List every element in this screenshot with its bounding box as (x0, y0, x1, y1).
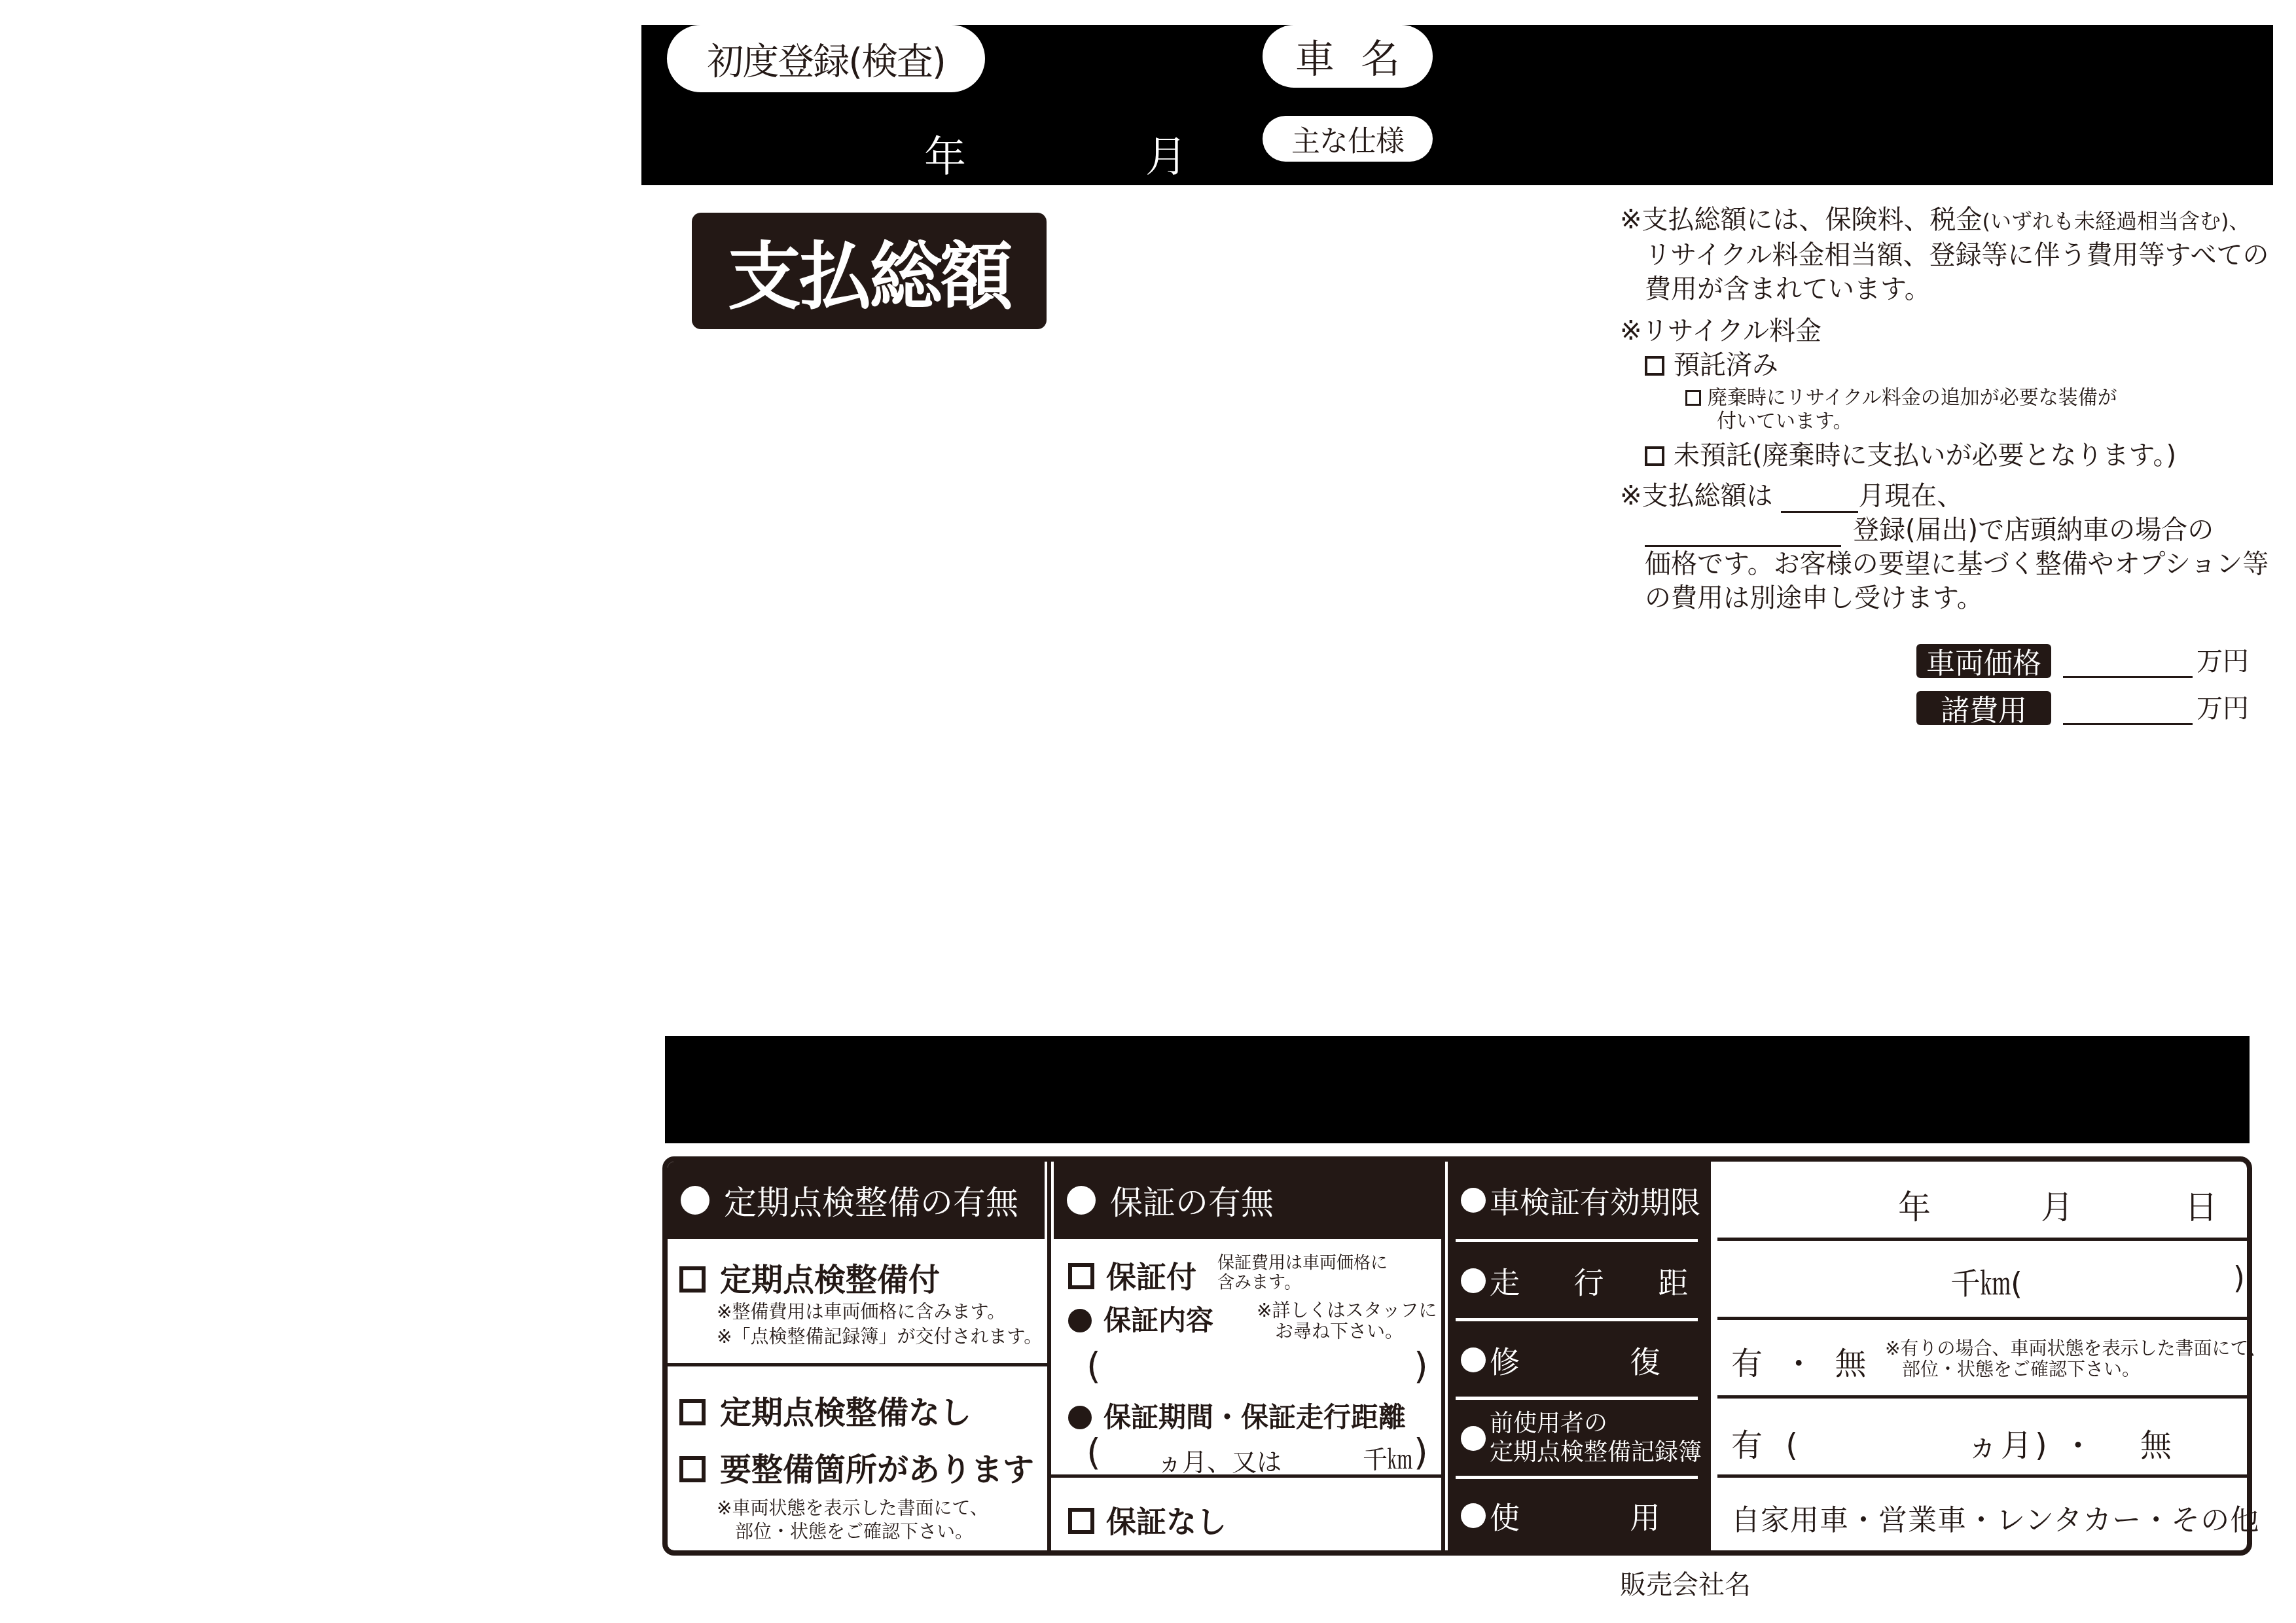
record-yes-label[interactable]: 有 ( (1731, 1420, 1804, 1465)
note-text: ※支払総額には、保険料、税金 (1620, 205, 1982, 235)
paren-open: ( (1086, 1431, 1101, 1474)
vehicle-header-bar: 初度登録(検査) 年 月 車名 主な仕様 (641, 25, 2273, 185)
row-divider (1717, 1238, 2250, 1241)
maintenance-with-checkbox[interactable] (679, 1266, 706, 1293)
column-divider (1441, 1162, 1445, 1550)
maintenance-with-note2: ※「点検整備記録簿」が交付されます。 (717, 1323, 1042, 1349)
warranty-km-label: 千㎞ (1363, 1439, 1412, 1475)
note-text: 費用が含まれています。 (1620, 272, 2261, 306)
note-text: 登録(届出)で店頭納車の場合の (1853, 515, 2214, 545)
maintenance-with-option[interactable]: 定期点検整備付 (679, 1255, 940, 1300)
note-text: 価格です。お客様の要望に基づく整備やオプション等 (1620, 547, 2261, 581)
label-text: 走 行 距 離 (1490, 1259, 1795, 1302)
row-divider (1051, 1474, 1443, 1478)
note-total-includes: ※支払総額には、保険料、税金(いずれも未経過相当含む)、 (1620, 203, 2261, 238)
maintenance-without-checkbox[interactable] (679, 1399, 706, 1425)
warranty-with-note: 保証費用は車両価格に 含みます。 (1217, 1253, 1388, 1293)
recycle-deposited-checkbox[interactable] (1645, 356, 1664, 376)
expiry-day-label: 日 (2185, 1181, 2217, 1228)
recycle-not-deposited-checkbox[interactable] (1645, 446, 1664, 466)
vehicle-price-field[interactable] (2063, 650, 2193, 678)
inspection-expiry-label: 車検証有効期限 (1461, 1162, 1703, 1239)
label-line: 前使用者の (1490, 1410, 1702, 1438)
repair-note1: ※有りの場合、車両状態を表示した書面にて、 (1885, 1338, 2267, 1359)
fees-field[interactable] (2063, 697, 2193, 725)
needs-maintenance-checkbox[interactable] (679, 1456, 706, 1482)
warranty-header-label: 保証の有無 (1110, 1177, 1274, 1224)
maintenance-header: 定期点検整備の有無 (668, 1162, 1045, 1239)
warranty-with-option[interactable]: 保証付 (1068, 1253, 1196, 1296)
label-text: 車検証有効期限 (1490, 1179, 1700, 1222)
price-breakdown: 車両価格 万円 諸費用 万円 (1916, 631, 2249, 725)
paren-close: ) (1414, 1345, 1428, 1387)
recycle-deposited-label: 預託済み (1674, 350, 1778, 380)
maintenance-without-label: 定期点検整備なし (720, 1395, 971, 1431)
note-text-small: (いずれも未経過相当含む)、 (1982, 209, 2250, 234)
as-of-month-blank[interactable] (1781, 488, 1858, 513)
needs-maintenance-label: 要整備箇所があります (720, 1452, 1034, 1488)
bullet-icon (1461, 1268, 1486, 1293)
first-registration-label: 初度登録(検査) (667, 25, 985, 92)
note-registration-line: 登録(届出)で店頭納車の場合の (1620, 513, 2261, 547)
notes-block: ※支払総額には、保険料、税金(いずれも未経過相当含む)、 リサイクル料金相当額、… (1620, 203, 2261, 615)
note-text: 月現在、 (1858, 481, 1963, 511)
vehicle-condition-table: 定期点検整備の有無 定期点検整備付 ※整備費用は車両価格に含みます。 ※「点検整… (662, 1156, 2252, 1556)
row-divider (668, 1363, 1047, 1366)
needs-maintenance-note2: 部位・状態をご確認下さい。 (735, 1518, 973, 1544)
bullet-icon (1067, 1186, 1096, 1215)
bullet-icon (1068, 1406, 1092, 1429)
warranty-content-note: ※詳しくはスタッフに お尋ね下さい。 (1257, 1300, 1437, 1342)
warranty-content-label: 保証内容 (1103, 1304, 1213, 1336)
warranty-content-title: 保証内容 (1068, 1299, 1213, 1338)
recycle-deposited-option[interactable]: 預託済み (1620, 348, 2261, 382)
repair-note2: 部位・状態をご確認下さい。 (1885, 1359, 2267, 1380)
needs-maintenance-option[interactable]: 要整備箇所があります (679, 1444, 1034, 1489)
warranty-with-label: 保証付 (1106, 1259, 1196, 1294)
main-spec-label: 主な仕様 (1263, 116, 1433, 162)
recycle-extra-label: 廃棄時にリサイクル料金の追加が必要な装備が (1708, 386, 2117, 409)
recycle-extra-option[interactable]: 廃棄時にリサイクル料金の追加が必要な装備が (1620, 386, 2261, 410)
bullet-icon (1461, 1188, 1486, 1213)
warranty-content-field[interactable] (1119, 1353, 1407, 1382)
recycle-extra-checkbox[interactable] (1685, 390, 1701, 406)
repair-history-options[interactable]: 有 ・ 無 (1731, 1338, 1872, 1383)
warranty-none-option[interactable]: 保証なし (1068, 1498, 1227, 1541)
usage-history-label: 使 用 歴 (1461, 1479, 1703, 1552)
maintenance-with-label: 定期点検整備付 (720, 1262, 940, 1298)
warranty-with-note1: 保証費用は車両価格に (1217, 1253, 1388, 1273)
recycle-fee-title: ※リサイクル料金 (1620, 314, 2261, 348)
bullet-icon (1461, 1347, 1486, 1372)
warranty-none-label: 保証なし (1106, 1504, 1227, 1539)
warranty-period-title: 保証期間・保証走行距離 (1068, 1396, 1406, 1435)
bullet-icon (1461, 1426, 1486, 1451)
vehicle-price-label: 車両価格 (1916, 644, 2051, 678)
record-months-label: ヵ月) ・ (1967, 1420, 2096, 1465)
label-line: 定期点検整備記録簿 (1490, 1438, 1702, 1467)
bullet-icon (1461, 1503, 1486, 1528)
recycle-extra-label-cont: 付いています。 (1620, 410, 2261, 433)
usage-history-options[interactable]: 自家用車・営業車・レンタカー・その他 (1731, 1497, 2259, 1539)
warranty-period-label: 保証期間・保証走行距離 (1103, 1401, 1406, 1433)
sales-company-label: 販売会社名 (1620, 1564, 1751, 1601)
maintenance-with-note1: ※整備費用は車両価格に含みます。 (717, 1298, 1005, 1324)
row-divider (1717, 1395, 2250, 1399)
black-band (665, 1036, 2250, 1143)
maintenance-header-label: 定期点検整備の有無 (724, 1177, 1018, 1224)
mileage-value-label: 千㎞( (1950, 1260, 2022, 1303)
bullet-icon (1068, 1309, 1092, 1332)
bullet-icon (681, 1186, 709, 1215)
fees-label: 諸費用 (1916, 691, 2051, 725)
expiry-month-label: 月 (2041, 1181, 2073, 1228)
maintenance-without-option[interactable]: 定期点検整備なし (679, 1387, 971, 1433)
needs-maintenance-note1: ※車両状態を表示した書面にて、 (717, 1494, 988, 1520)
total-payment-badge: 支払総額 (692, 213, 1047, 329)
row-divider (1717, 1474, 2250, 1478)
note-text: リサイクル料金相当額、登録等に伴う費用等すべての (1620, 238, 2261, 272)
fees-row: 諸費用 万円 (1916, 678, 2249, 725)
total-payment-label: 支払総額 (728, 219, 1011, 324)
repair-history-note: ※有りの場合、車両状態を表示した書面にて、 部位・状態をご確認下さい。 (1885, 1338, 2267, 1380)
column-divider (1047, 1162, 1051, 1550)
warranty-content-note1: ※詳しくはスタッフに (1257, 1300, 1437, 1321)
warranty-with-checkbox[interactable] (1068, 1263, 1094, 1289)
vehicle-price-unit: 万円 (2197, 641, 2249, 678)
details-label-column: 車検証有効期限 走 行 距 離 修 復 歴 前使用者の 定期点検整備記録簿 使 … (1448, 1162, 1711, 1550)
maintenance-record-label: 前使用者の 定期点検整備記録簿 (1461, 1400, 1703, 1477)
warranty-none-checkbox[interactable] (1068, 1508, 1094, 1534)
warranty-content-note2: お尋ね下さい。 (1257, 1321, 1437, 1342)
registration-area-blank[interactable] (1645, 522, 1841, 547)
warranty-header: 保証の有無 (1054, 1162, 1443, 1239)
recycle-not-deposited-label: 未預託(廃棄時に支払いが必要となります。) (1674, 440, 2176, 471)
fees-unit: 万円 (2197, 688, 2249, 725)
expiry-year-label: 年 (1898, 1181, 1931, 1228)
note-price-as-of: ※支払総額は 月現在、 (1620, 479, 2261, 513)
record-no-label[interactable]: 無 (2140, 1420, 2172, 1465)
note-text: ※支払総額は (1620, 481, 1773, 511)
label-text: 前使用者の 定期点検整備記録簿 (1490, 1410, 1702, 1467)
mileage-paren-close: ) (2233, 1260, 2245, 1295)
registration-month-label: 月 (1145, 123, 1187, 183)
vehicle-price-row: 車両価格 万円 (1916, 631, 2249, 678)
recycle-not-deposited-option[interactable]: 未預託(廃棄時に支払いが必要となります。) (1620, 438, 2261, 473)
paren-close: ) (1414, 1431, 1428, 1474)
car-name-label: 車名 (1263, 25, 1433, 88)
repair-history-label: 修 復 歴 (1461, 1321, 1703, 1399)
warranty-with-note2: 含みます。 (1217, 1273, 1388, 1293)
note-text: の費用は別途申し受けます。 (1620, 581, 2261, 615)
warranty-months-label: ヵ月、又は (1157, 1442, 1282, 1478)
row-divider (1717, 1317, 2250, 1320)
mileage-label: 走 行 距 離 (1461, 1242, 1703, 1319)
paren-open: ( (1086, 1345, 1101, 1387)
registration-year-label: 年 (924, 123, 966, 183)
